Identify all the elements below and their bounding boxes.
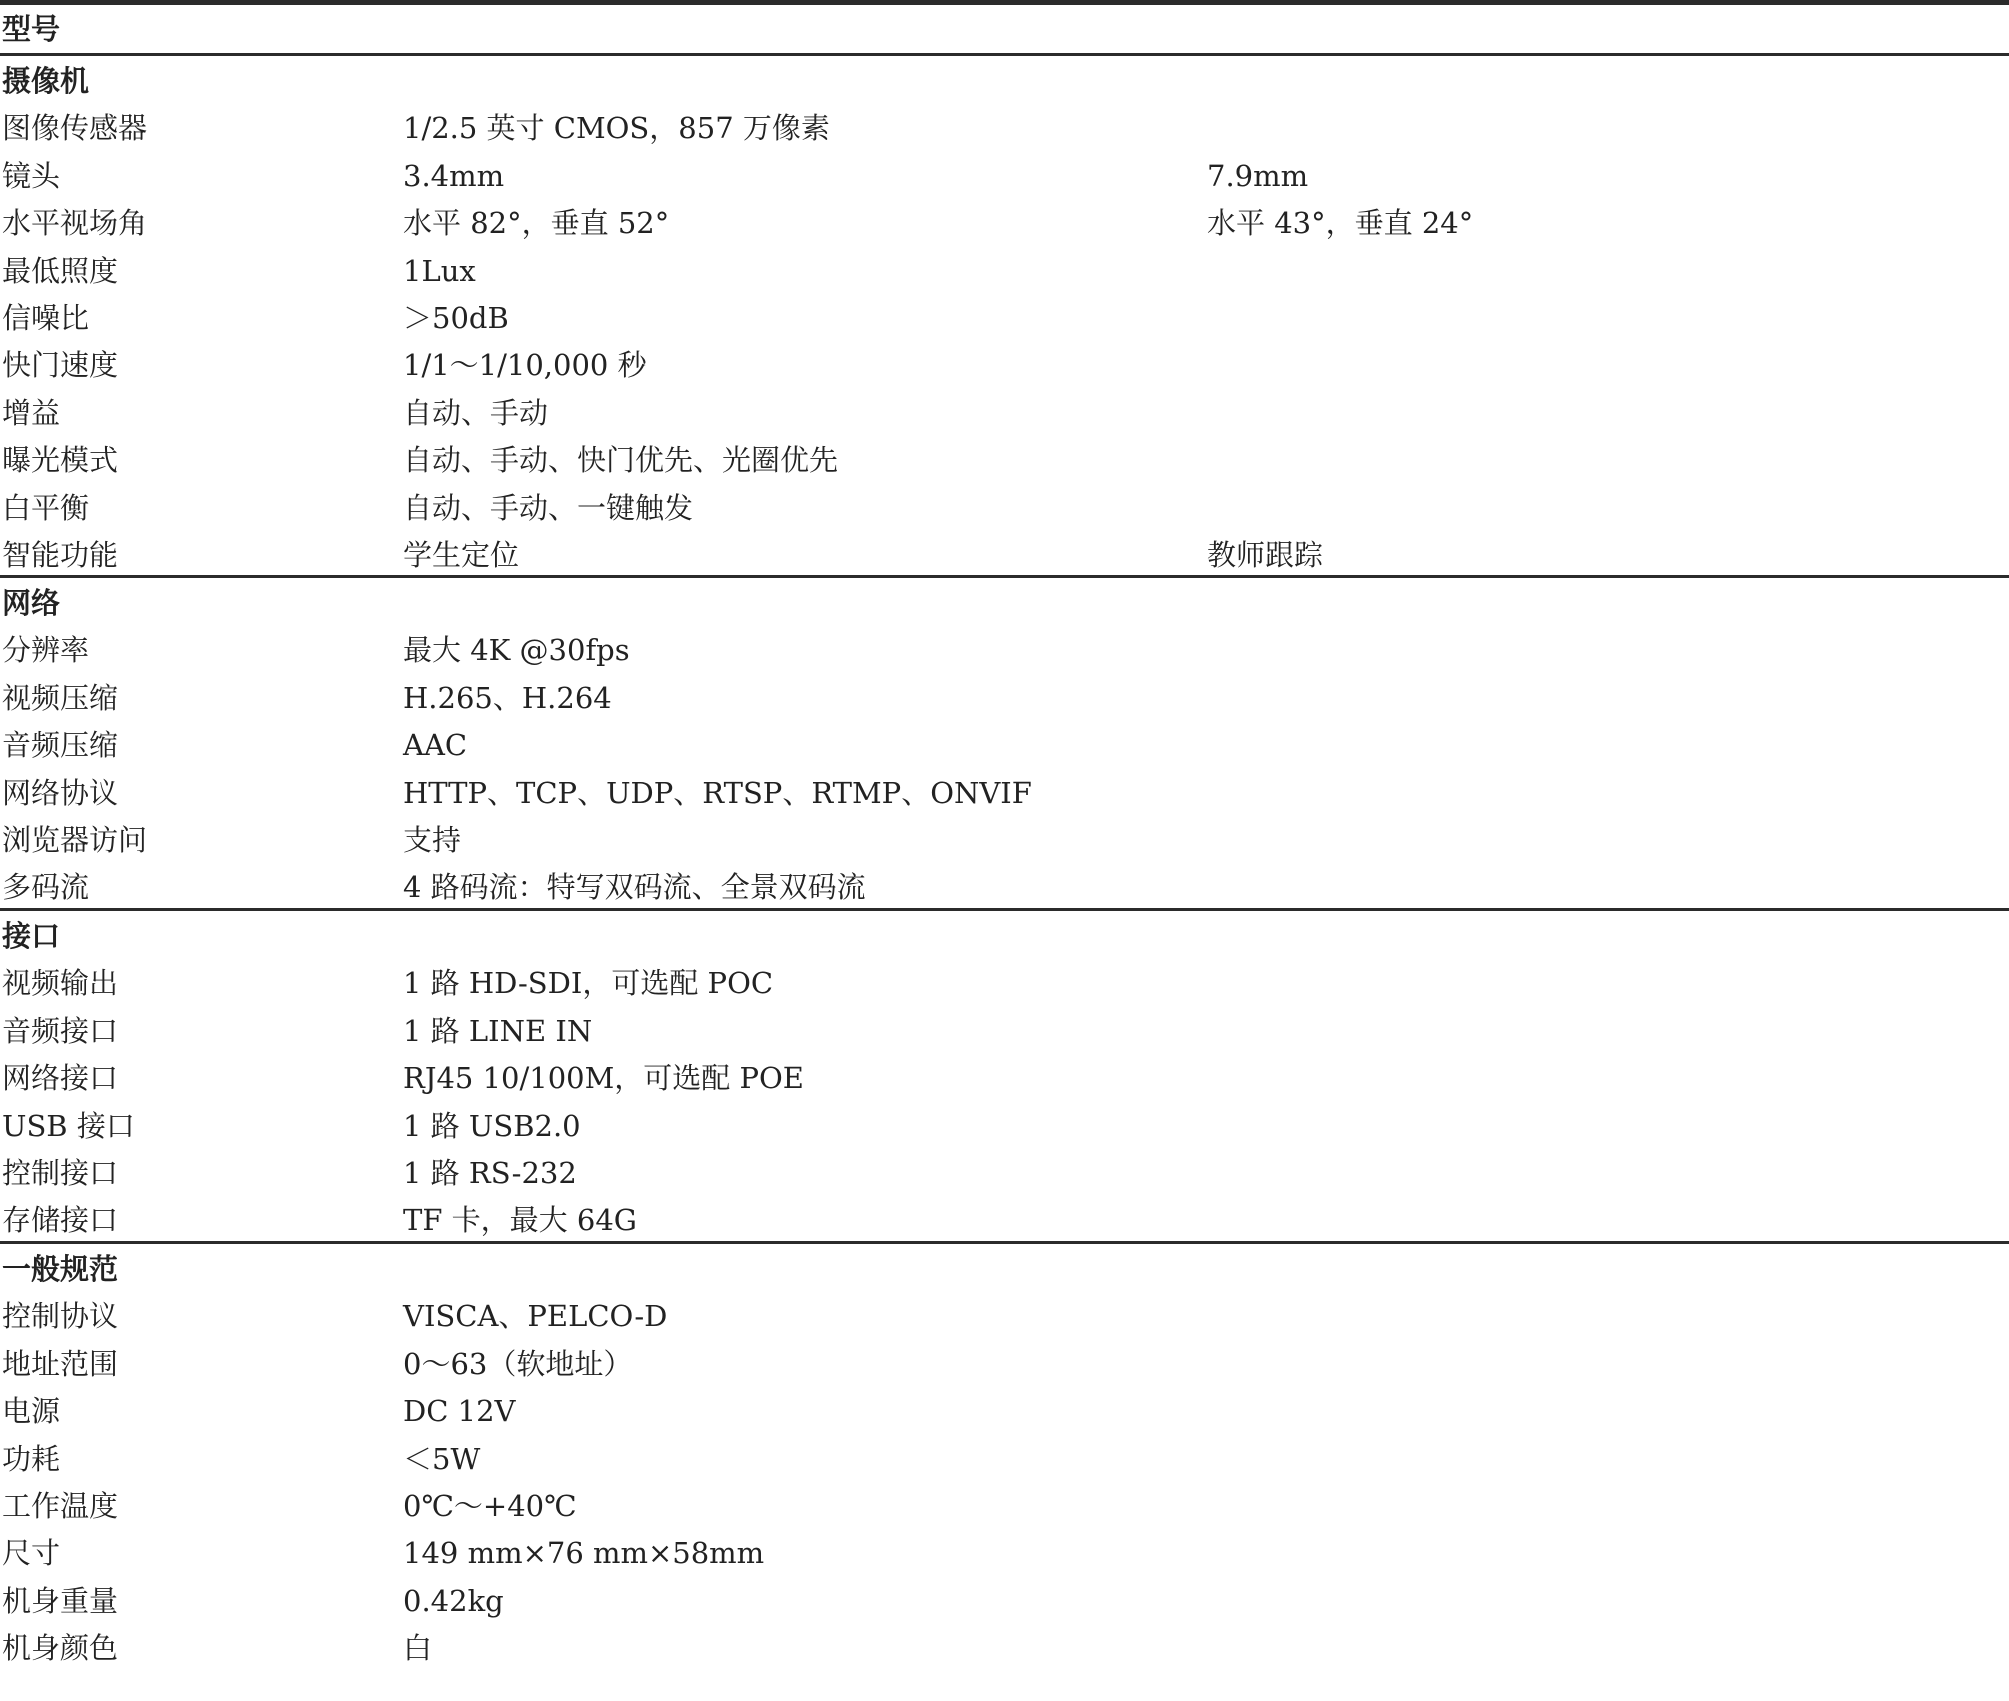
spec-label: 音频接口 [2,1015,118,1047]
spec-row: 功耗＜5W [0,1434,2009,1481]
spec-label: 地址范围 [2,1348,118,1380]
spec-label: 网络接口 [2,1062,118,1094]
spec-value: RJ45 10/100M，可选配 POE [403,1062,804,1094]
spec-row: USB 接口1 路 USB2.0 [0,1101,2009,1148]
spec-row: 信噪比＞50dB [0,293,2009,340]
section-title: 摄像机 [2,65,89,97]
spec-row: 工作温度0℃～+40℃ [0,1481,2009,1528]
spec-value: 1 路 HD-SDI，可选配 POC [403,967,773,999]
spec-row: 网络接口RJ45 10/100M，可选配 POE [0,1053,2009,1100]
spec-row: 音频接口1 路 LINE IN [0,1006,2009,1053]
spec-value: 自动、手动 [403,397,548,429]
spec-row: 曝光模式自动、手动、快门优先、光圈优先 [0,435,2009,482]
spec-value: 最大 4K @30fps [403,634,630,666]
spec-label: 信噪比 [2,302,89,334]
spec-label: 功耗 [2,1443,60,1475]
spec-label: USB 接口 [2,1110,135,1142]
spec-row: 机身重量0.42kg [0,1576,2009,1623]
spec-value-alt: 水平 43°，垂直 24° [1207,207,1473,239]
spec-value: 1/2.5 英寸 CMOS，857 万像素 [403,112,830,144]
spec-value: 白 [403,1632,432,1664]
spec-row: 白平衡自动、手动、一键触发 [0,483,2009,530]
spec-section: 网络分辨率最大 4K @30fps视频压缩H.265、H.264音频压缩AAC网… [0,578,2009,910]
spec-value: 1/1～1/10,000 秒 [403,349,647,381]
spec-row: 控制协议VISCA、PELCO-D [0,1291,2009,1338]
spec-row: 存储接口TF 卡，最大 64G [0,1195,2009,1242]
spec-value: HTTP、TCP、UDP、RTSP、RTMP、ONVIF [403,777,1032,809]
spec-label: 尺寸 [2,1537,60,1569]
spec-row: 水平视场角水平 82°，垂直 52°水平 43°，垂直 24° [0,198,2009,245]
spec-label: 快门速度 [2,349,118,381]
section-heading-row: 网络 [0,578,2009,625]
spec-row: 最低照度1Lux [0,246,2009,293]
spec-label: 分辨率 [2,634,89,666]
spec-value: 3.4mm [403,160,504,192]
spec-row: 镜头3.4mm7.9mm [0,151,2009,198]
section-title: 接口 [2,920,60,952]
spec-section: 一般规范控制协议VISCA、PELCO-D地址范围0～63（软地址）电源DC 1… [0,1244,2009,1671]
spec-value: 0～63（软地址） [403,1348,632,1380]
spec-value: ＞50dB [403,302,509,334]
spec-value: TF 卡，最大 64G [403,1204,637,1236]
spec-label: 增益 [2,397,60,429]
spec-value: 149 mm×76 mm×58mm [403,1537,764,1569]
section-title: 网络 [2,587,60,619]
spec-row: 机身颜色白 [0,1623,2009,1670]
model-header-row: 型号 [0,5,2009,53]
spec-row: 多码流4 路码流：特写双码流、全景双码流 [0,862,2009,909]
spec-label: 电源 [2,1395,60,1427]
spec-value: 水平 82°，垂直 52° [403,207,669,239]
spec-value: 支持 [403,824,461,856]
spec-row: 分辨率最大 4K @30fps [0,625,2009,672]
spec-row: 电源DC 12V [0,1386,2009,1433]
spec-label: 浏览器访问 [2,824,147,856]
spec-label: 音频压缩 [2,729,118,761]
spec-value: 学生定位 [403,539,519,571]
spec-row: 智能功能学生定位教师跟踪 [0,530,2009,577]
spec-row: 地址范围0～63（软地址） [0,1339,2009,1386]
spec-value: 1 路 LINE IN [403,1015,592,1047]
spec-value: 1 路 USB2.0 [403,1110,581,1142]
spec-value: 0℃～+40℃ [403,1490,577,1522]
spec-value: AAC [403,729,467,761]
spec-value: 1Lux [403,255,476,287]
spec-row: 快门速度1/1～1/10,000 秒 [0,340,2009,387]
section-heading-row: 接口 [0,911,2009,958]
spec-label: 最低照度 [2,255,118,287]
spec-label: 存储接口 [2,1204,118,1236]
spec-label: 控制接口 [2,1157,118,1189]
spec-value: DC 12V [403,1395,516,1427]
spec-label: 机身重量 [2,1585,118,1617]
spec-section: 摄像机图像传感器1/2.5 英寸 CMOS，857 万像素镜头3.4mm7.9m… [0,56,2009,577]
spec-value: 自动、手动、快门优先、光圈优先 [403,444,838,476]
spec-label: 工作温度 [2,1490,118,1522]
spec-row: 音频压缩AAC [0,720,2009,767]
spec-value: 自动、手动、一键触发 [403,492,693,524]
spec-row: 尺寸149 mm×76 mm×58mm [0,1528,2009,1575]
spec-value: H.265、H.264 [403,682,612,714]
spec-label: 视频压缩 [2,682,118,714]
spec-label: 多码流 [2,871,89,903]
spec-label: 镜头 [2,160,60,192]
spec-value: 0.42kg [403,1585,504,1617]
spec-label: 控制协议 [2,1300,118,1332]
spec-label: 智能功能 [2,539,118,571]
spec-section: 接口视频输出1 路 HD-SDI，可选配 POC音频接口1 路 LINE IN网… [0,911,2009,1243]
model-label: 型号 [2,13,60,45]
spec-label: 曝光模式 [2,444,118,476]
spec-label: 机身颜色 [2,1632,118,1664]
spec-row: 视频输出1 路 HD-SDI，可选配 POC [0,958,2009,1005]
spec-label: 水平视场角 [2,207,147,239]
section-heading-row: 摄像机 [0,56,2009,103]
spec-label: 视频输出 [2,967,118,999]
spec-label: 图像传感器 [2,112,147,144]
spec-value: 1 路 RS-232 [403,1157,577,1189]
section-heading-row: 一般规范 [0,1244,2009,1291]
spec-row: 网络协议HTTP、TCP、UDP、RTSP、RTMP、ONVIF [0,768,2009,815]
section-title: 一般规范 [2,1253,118,1285]
spec-row: 视频压缩H.265、H.264 [0,673,2009,720]
spec-row: 控制接口1 路 RS-232 [0,1148,2009,1195]
spec-row: 浏览器访问支持 [0,815,2009,862]
spec-value: VISCA、PELCO-D [403,1300,667,1332]
spec-value-alt: 教师跟踪 [1207,539,1323,571]
spec-label: 白平衡 [2,492,89,524]
spec-row: 增益自动、手动 [0,388,2009,435]
spec-value: ＜5W [403,1443,480,1475]
spec-value: 4 路码流：特写双码流、全景双码流 [403,871,866,903]
spec-value-alt: 7.9mm [1207,160,1308,192]
spec-label: 网络协议 [2,777,118,809]
spec-row: 图像传感器1/2.5 英寸 CMOS，857 万像素 [0,103,2009,150]
